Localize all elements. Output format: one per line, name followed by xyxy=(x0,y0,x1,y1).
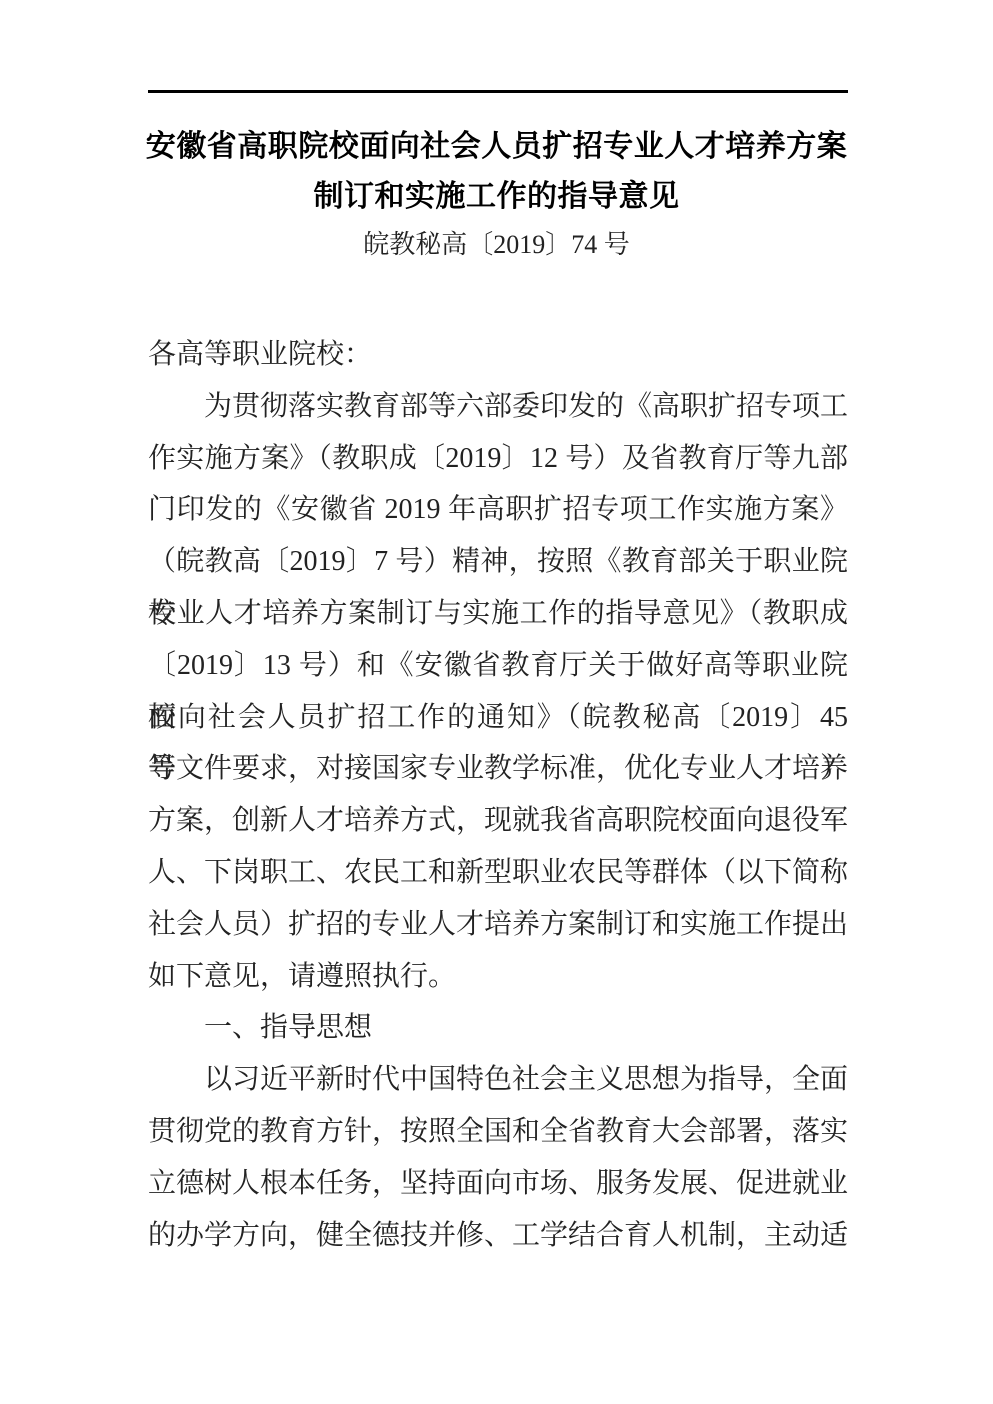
body-line-8: 面向社会人员扩招工作的通知》（皖教秘高〔2019〕45 号） xyxy=(148,692,848,744)
body-line-10: 方案，创新人才培养方式，现就我省高职院校面向退役军 xyxy=(148,795,848,847)
body-line-3: 作实施方案》（教职成〔2019〕12 号）及省教育厅等九部 xyxy=(148,433,848,485)
header-rule xyxy=(148,90,848,93)
body-line-18: 的办学方向，健全德技并修、工学结合育人机制，主动适 xyxy=(148,1210,848,1262)
body-line-4: 门印发的《安徽省 2019 年高职扩招专项工作实施方案》 xyxy=(148,484,848,536)
body-line-13: 如下意见，请遵照执行。 xyxy=(148,951,848,1003)
body-line-9: 等文件要求，对接国家专业教学标准，优化专业人才培养 xyxy=(148,743,848,795)
body-line-11: 人、下岗职工、农民工和新型职业农民等群体（以下简称 xyxy=(148,847,848,899)
body-line-15: 以习近平新时代中国特色社会主义思想为指导，全面 xyxy=(148,1054,848,1106)
salutation-line: 各高等职业院校： xyxy=(148,329,848,381)
document-number: 皖教秘高〔2019〕74 号 xyxy=(0,228,993,262)
body-line-5: （皖教高〔2019〕7 号）精神，按照《教育部关于职业院校 xyxy=(148,536,848,588)
document-body: 各高等职业院校： 为贯彻落实教育部等六部委印发的《高职扩招专项工 作实施方案》（… xyxy=(148,329,848,1261)
body-line-7: 〔2019〕13 号）和《安徽省教育厅关于做好高等职业院校 xyxy=(148,640,848,692)
document-title-line-2: 制订和实施工作的指导意见 xyxy=(0,177,993,217)
body-line-16: 贯彻党的教育方针，按照全国和全省教育大会部署，落实 xyxy=(148,1106,848,1158)
body-line-6: 专业人才培养方案制订与实施工作的指导意见》（教职成 xyxy=(148,588,848,640)
body-line-17: 立德树人根本任务，坚持面向市场、服务发展、促进就业 xyxy=(148,1158,848,1210)
document-title-line-1: 安徽省高职院校面向社会人员扩招专业人才培养方案 xyxy=(0,127,993,167)
body-line-12: 社会人员）扩招的专业人才培养方案制订和实施工作提出 xyxy=(148,899,848,951)
section-heading: 一、指导思想 xyxy=(148,1002,848,1054)
document-page: 安徽省高职院校面向社会人员扩招专业人才培养方案 制订和实施工作的指导意见 皖教秘… xyxy=(0,0,993,1404)
body-line-2: 为贯彻落实教育部等六部委印发的《高职扩招专项工 xyxy=(148,381,848,433)
